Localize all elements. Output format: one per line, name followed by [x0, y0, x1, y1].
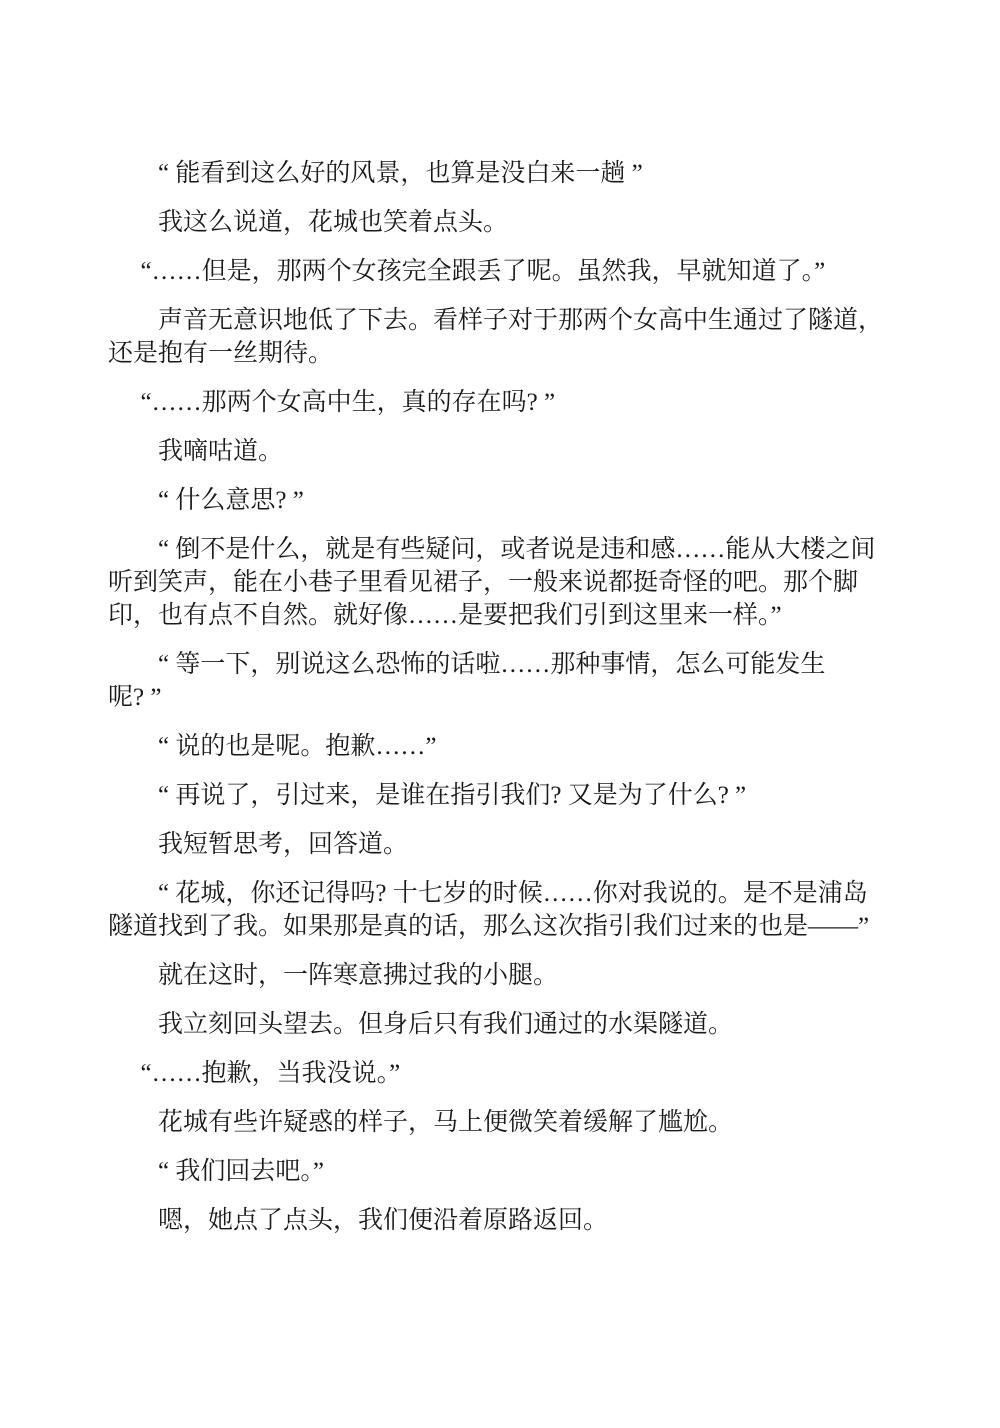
paragraph-dialogue: “ 花城，你还记得吗? 十七岁的时候……你对我说的。是不是浦岛 隧道找到了我。如… — [108, 877, 912, 943]
paragraph-dialogue: “ 倒不是什么，就是有些疑问，或者说是违和感……能从大楼之间 听到笑声，能在小巷… — [108, 533, 912, 632]
paragraph-narration: 我立刻回头望去。但身后只有我们通过的水渠隧道。 — [108, 1008, 912, 1041]
paragraph-dialogue: “ 说的也是呢。抱歉……” — [108, 730, 912, 763]
paragraph-narration: 嗯，她点了点头，我们便沿着原路返回。 — [108, 1204, 912, 1237]
paragraph-dialogue: “ 我们回去吧。” — [108, 1155, 912, 1188]
paragraph-dialogue: “……抱歉，当我没说。” — [108, 1057, 912, 1090]
paragraph-narration: 我这么说道，花城也笑着点头。 — [108, 206, 912, 239]
paragraph-narration: 花城有些许疑惑的样子，马上便微笑着缓解了尴尬。 — [108, 1106, 912, 1139]
paragraph-dialogue: “……那两个女高中生，真的存在吗? ” — [108, 386, 912, 419]
paragraph-dialogue: “……但是，那两个女孩完全跟丢了呢。虽然我，早就知道了。” — [108, 255, 912, 288]
paragraph-dialogue: “ 能看到这么好的风景，也算是没白来一趟 ” — [108, 157, 912, 190]
book-page: “ 能看到这么好的风景，也算是没白来一趟 ” 我这么说道，花城也笑着点头。 “…… — [0, 0, 1000, 1428]
paragraph-narration: 我短暂思考，回答道。 — [108, 828, 912, 861]
paragraph-narration: 就在这时，一阵寒意拂过我的小腿。 — [108, 959, 912, 992]
paragraph-dialogue: “ 什么意思? ” — [108, 484, 912, 517]
page-text-block: “ 能看到这么好的风景，也算是没白来一趟 ” 我这么说道，花城也笑着点头。 “…… — [108, 157, 912, 1253]
paragraph-dialogue: “ 等一下，别说这么恐怖的话啦……那种事情，怎么可能发生 呢? ” — [108, 648, 912, 714]
paragraph-narration: 我嘀咕道。 — [108, 435, 912, 468]
paragraph-narration: 声音无意识地低了下去。看样子对于那两个女高中生通过了隧道， 还是抱有一丝期待。 — [108, 304, 912, 370]
paragraph-dialogue: “ 再说了，引过来，是谁在指引我们? 又是为了什么? ” — [108, 779, 912, 812]
